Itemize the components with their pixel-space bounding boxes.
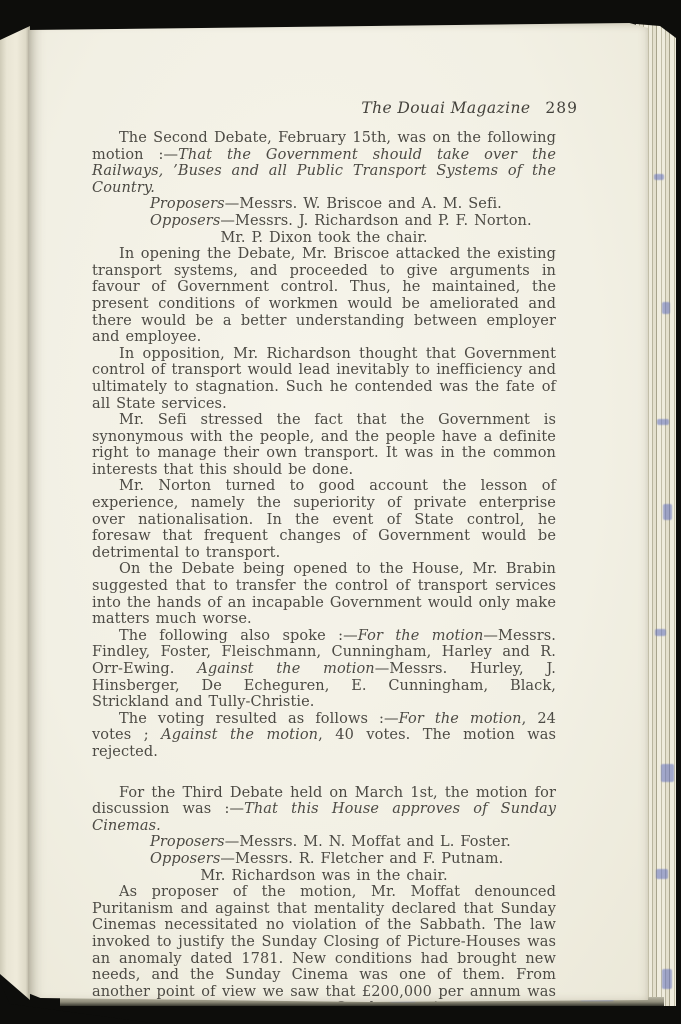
paragraph: Mr. Sefi stressed the fact that the Gove…: [92, 412, 556, 478]
page-edge-ink-mark: [662, 302, 670, 314]
text-run: Mr. P. Dixon took the chair.: [220, 230, 427, 246]
page-edge-ink-mark: [662, 969, 672, 989]
paragraph: For the Third Debate held on March 1st, …: [92, 785, 556, 835]
book-gutter-edge: [0, 22, 30, 1000]
page-number: 289: [545, 99, 578, 117]
paragraph: On the Debate being opened to the House,…: [92, 561, 556, 627]
text-run: —Messrs. R. Fletcher and F. Putnam.: [220, 851, 503, 867]
page-edge-ink-mark: [654, 174, 664, 180]
page-edge-ink-mark: [657, 419, 669, 425]
page-edge-ink-mark: [655, 629, 666, 636]
magazine-title: The Douai Magazine: [361, 99, 530, 117]
scanned-book-page: The Douai Magazine289 The Second Debate,…: [0, 0, 681, 1024]
page-edge-ink-mark: [663, 504, 672, 520]
paragraph: As proposer of the motion, Mr. Moffat de…: [92, 884, 556, 1017]
running-head: The Douai Magazine289: [92, 99, 578, 117]
paragraph: The Second Debate, February 15th, was on…: [92, 130, 556, 196]
paragraph: Proposers—Messrs. M. N. Moffat and L. Fo…: [92, 834, 556, 851]
text-run: As proposer of the motion, Mr. Moffat de…: [92, 884, 556, 1016]
paragraph: Proposers—Messrs. W. Briscoe and A. M. S…: [92, 196, 556, 213]
text-run: —Messrs. W. Briscoe and A. M. Sefi.: [225, 196, 502, 212]
italic-run: For the motion: [399, 711, 522, 727]
text-run: The voting resulted as follows :—: [119, 711, 399, 727]
paragraph: The following also spoke :—For the motio…: [92, 628, 556, 711]
text-run: —Messrs. J. Richardson and P. F. Norton.: [220, 213, 531, 229]
paragraph: Mr. Norton turned to good account the le…: [92, 478, 556, 561]
paragraph: In opening the Debate, Mr. Briscoe attac…: [92, 246, 556, 346]
italic-run: Against the motion: [197, 661, 374, 677]
paragraph: Mr. P. Dixon took the chair.: [92, 230, 556, 247]
paragraph: In opposition, Mr. Richardson thought th…: [92, 346, 556, 412]
page-text: The Second Debate, February 15th, was on…: [92, 130, 556, 1017]
italic-run: Proposers: [150, 196, 225, 212]
text-run: Mr. Richardson was in the chair.: [200, 868, 447, 884]
page-edge-ink-mark: [656, 869, 668, 879]
italic-run: Opposers: [150, 851, 220, 867]
page-edge-ink-mark: [661, 764, 674, 782]
italic-run: Proposers: [150, 834, 225, 850]
paragraph: Mr. Richardson was in the chair.: [92, 868, 556, 885]
italic-run: Against the motion: [161, 727, 318, 743]
book-page: The Douai Magazine289 The Second Debate,…: [28, 20, 648, 1004]
text-run: —Messrs. M. N. Moffat and L. Foster.: [225, 834, 511, 850]
text-run: Mr. Norton turned to good account the le…: [92, 478, 556, 560]
paragraph: Opposers—Messrs. J. Richardson and P. F.…: [92, 213, 556, 230]
text-run: On the Debate being opened to the House,…: [92, 561, 556, 627]
text-run: In opening the Debate, Mr. Briscoe attac…: [92, 246, 556, 345]
text-run: Mr. Sefi stressed the fact that the Gove…: [92, 412, 556, 478]
italic-run: For the motion: [358, 628, 484, 644]
text-run: The following also spoke :—: [119, 628, 358, 644]
paragraph: Opposers—Messrs. R. Fletcher and F. Putn…: [92, 851, 556, 868]
italic-run: Opposers: [150, 213, 220, 229]
text-run: In opposition, Mr. Richardson thought th…: [92, 346, 556, 412]
paragraph: The voting resulted as follows :—For the…: [92, 711, 556, 761]
